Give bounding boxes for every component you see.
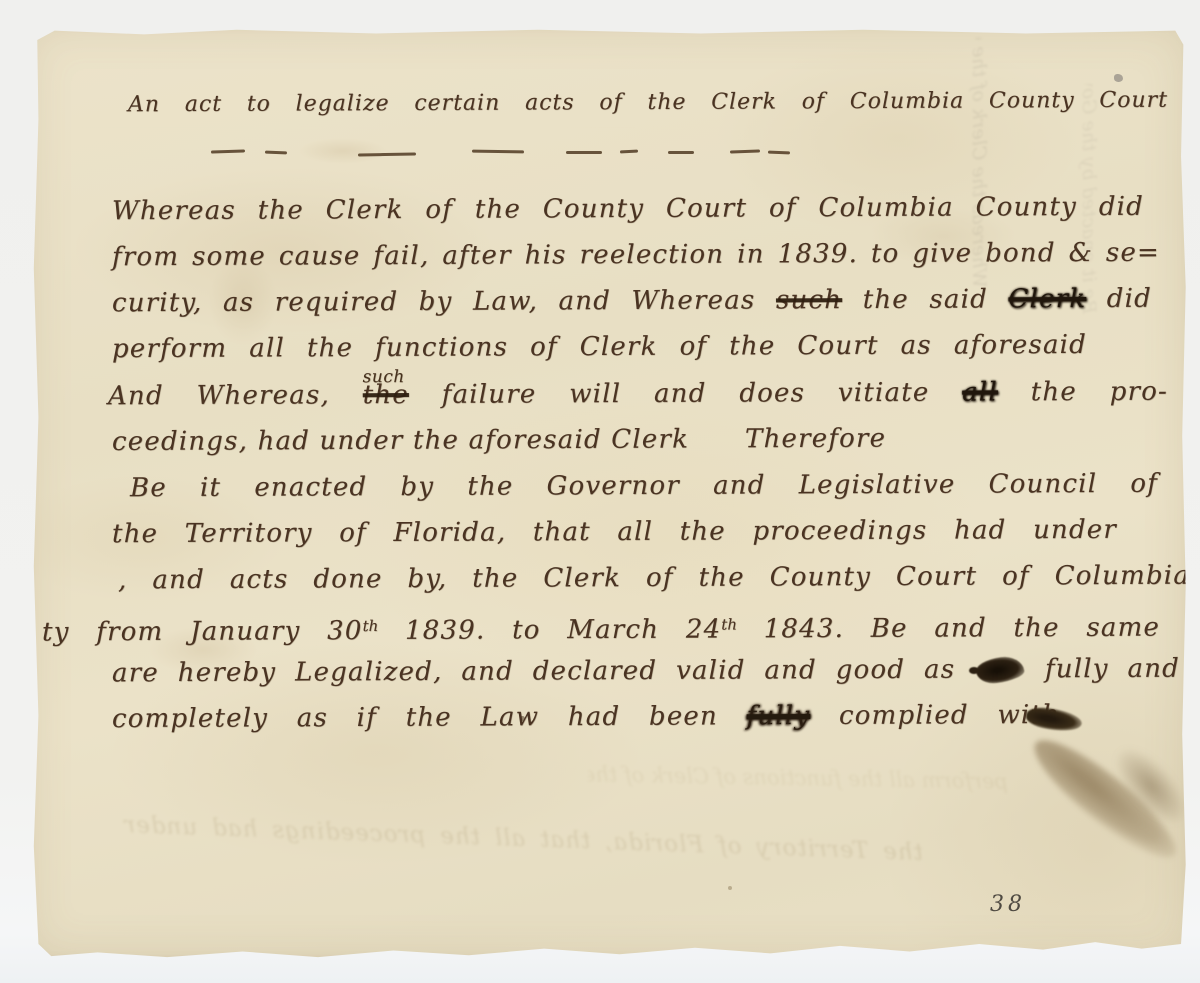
- text-segment: complied with: [810, 700, 1060, 731]
- superscript-ordinal: th: [363, 617, 379, 635]
- text-segment: the said: [842, 284, 1008, 315]
- title-underline-stroke: [358, 152, 416, 156]
- text-segment: fully and: [1045, 654, 1180, 685]
- manuscript-line: curity, as required by Law, and Whereas …: [112, 282, 1152, 321]
- paper-stain: [298, 138, 388, 164]
- inserted-word: such: [363, 360, 405, 394]
- bleedthrough-text: the Territory of Florida, that all the p…: [123, 812, 923, 866]
- title-underline-stroke: [265, 151, 287, 154]
- manuscript-line: ceedings, had under the aforesaid ClerkT…: [112, 421, 1012, 459]
- text-segment: 1843. Be and the same: [737, 613, 1160, 645]
- text-segment: And Whereas,: [108, 380, 363, 411]
- title-underline-stroke: [566, 151, 602, 154]
- manuscript-line: the Territory of Florida, that all the p…: [112, 513, 1117, 551]
- manuscript-line: from some cause fail, after his reelecti…: [112, 236, 1160, 275]
- manuscript-line: completely as if the Law had been fully …: [112, 698, 1060, 736]
- manuscript-line: Whereas the Clerk of the County Court of…: [112, 190, 1144, 229]
- struck-word: such: [776, 285, 842, 315]
- corrected-word: thesuch: [363, 378, 409, 412]
- text-segment: did: [1086, 284, 1152, 314]
- paper-speck: [1114, 74, 1123, 82]
- manuscript-line: are hereby Legalized, and declared valid…: [112, 652, 1180, 691]
- page-number: 38: [990, 892, 1026, 917]
- text-segment: Whereas the Clerk of the County Court of…: [112, 192, 1144, 227]
- text-segment: completely as if the Law had been: [112, 701, 747, 734]
- text-segment: 1839. to March 24: [378, 614, 721, 645]
- text-segment: are hereby Legalized, and declared valid…: [112, 655, 955, 689]
- text-segment: Therefore: [745, 424, 886, 455]
- document-title: An act to legalize certain acts of the C…: [128, 86, 1168, 121]
- struck-word: fully: [747, 701, 811, 731]
- text-segment: perform all the functions of Clerk of th…: [112, 330, 1087, 364]
- ink-blot-satellite: [969, 667, 979, 674]
- manuscript-line: perform all the functions of Clerk of th…: [112, 328, 1087, 366]
- paper-speck: [728, 886, 732, 890]
- manuscript-line: Be it enacted by the Governor and Legisl…: [130, 467, 1158, 505]
- text-segment: the pro-: [998, 377, 1168, 408]
- title-underline-stroke: [211, 149, 245, 153]
- scan-background: { "meta": { "page_number": "38" }, "colo…: [0, 0, 1200, 983]
- document-paper: the Territory of Florida, that all the p…: [28, 26, 1188, 958]
- manuscript-line: ty from January 30th 1839. to March 24th…: [42, 606, 1160, 650]
- text-segment: ty from January 30: [42, 616, 363, 647]
- text-segment: , and acts done by, the Clerk of the Cou…: [118, 561, 1190, 596]
- title-underline-stroke: [620, 150, 638, 154]
- text-segment: Be it enacted by the Governor and Legisl…: [130, 469, 1158, 503]
- ink-blot: [975, 655, 1026, 686]
- blotted-word: Clerk: [1008, 284, 1086, 314]
- text-segment: from some cause fail, after his reelecti…: [112, 238, 1160, 273]
- text-segment: curity, as required by Law, and Whereas: [112, 285, 776, 318]
- title-underline-stroke: [668, 151, 694, 154]
- text-segment: the Territory of Florida, that all the p…: [112, 515, 1117, 549]
- blotted-word: all: [962, 377, 998, 407]
- manuscript-line: And Whereas, thesuch failure will and do…: [108, 375, 1168, 414]
- superscript-ordinal: th: [721, 615, 737, 633]
- bleedthrough-text: perform all the functions of Clerk of th…: [588, 762, 1008, 793]
- title-underline-stroke: [472, 150, 524, 154]
- text-segment: failure will and does vitiate: [409, 378, 962, 410]
- title-underline-stroke: [730, 149, 760, 153]
- title-underline-stroke: [768, 151, 790, 154]
- text-segment: ceedings, had under the aforesaid Clerk: [112, 424, 689, 457]
- manuscript-line: , and acts done by, the Clerk of the Cou…: [118, 559, 1190, 598]
